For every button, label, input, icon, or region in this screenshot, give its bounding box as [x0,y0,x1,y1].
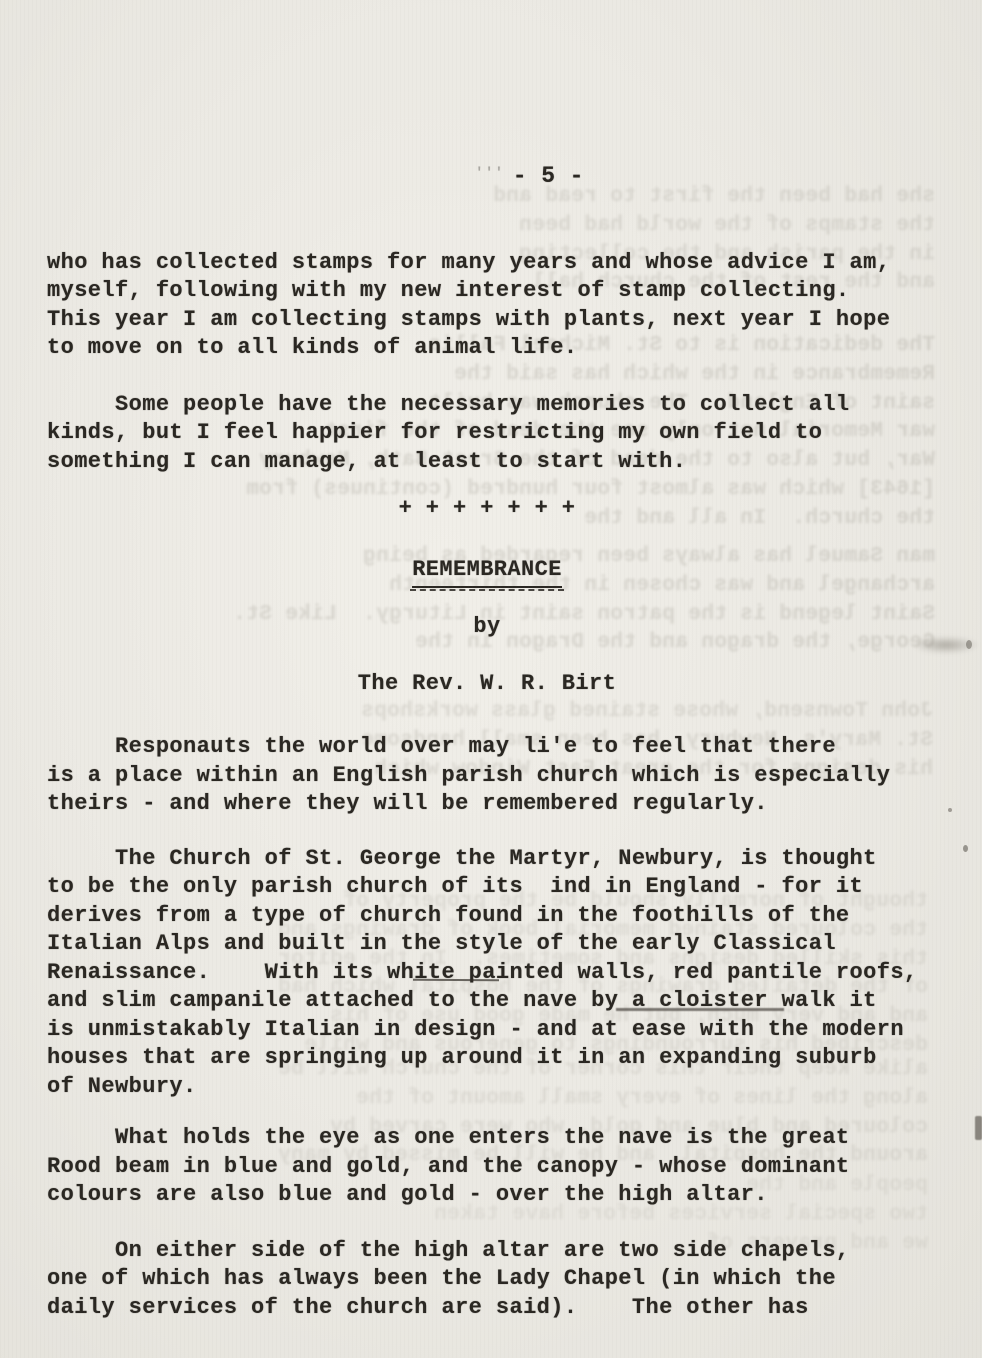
scan-speck [975,1116,982,1140]
section-title: REMEMBRANCE [412,556,562,589]
paragraph-church-st-george: The Church of St. George the Martyr, New… [47,845,927,1102]
page-content: '''- 5 - who has collected stamps for ma… [47,130,927,1322]
scan-speck [966,640,972,649]
author-name: The Rev. W. R. Birt [47,670,927,699]
paragraph-responauts: Responauts the world over may li'e to fe… [47,733,927,819]
plus-sign-separator: + + + + + + + [47,495,927,524]
paragraph-some-people: Some people have the necessary memories … [47,391,927,477]
paragraph-side-chapels: On either side of the high altar are two… [47,1237,927,1323]
paragraph-stamp-collecting: who has collected stamps for many years … [47,249,927,363]
section-heading-row: REMEMBRANCE [47,556,927,589]
page-number-label: - 5 - [513,163,584,189]
scan-speck [948,808,952,812]
page-number: '''- 5 - [47,130,927,219]
byline: by [47,613,927,642]
scanned-document-page: she had been the first to read and the s… [0,0,982,1358]
stray-ink-marks: ''' [475,159,504,188]
scan-speck [963,845,968,852]
paragraph-rood-beam: What holds the eye as one enters the nav… [47,1124,927,1210]
